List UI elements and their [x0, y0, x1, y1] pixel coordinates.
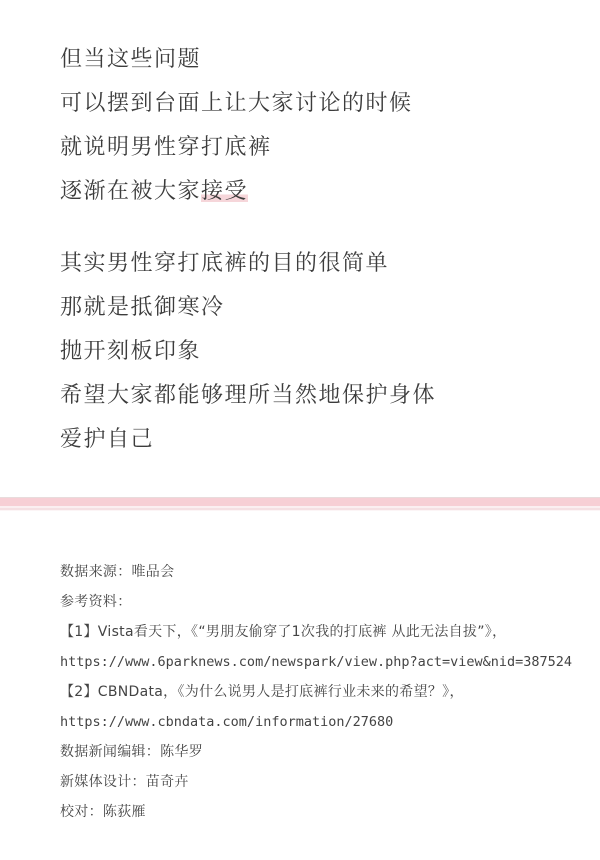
section-divider	[0, 497, 600, 511]
text-segment: 逐渐在被大家	[60, 179, 201, 204]
editor-credit: 数据新闻编辑：陈华罗	[60, 737, 600, 767]
text-line: 可以摆到台面上让大家讨论的时候	[60, 82, 580, 126]
text-line: 爱护自己	[60, 418, 580, 462]
text-line: 希望大家都能够理所当然地保护身体	[60, 374, 580, 418]
text-line: 就说明男性穿打底裤	[60, 126, 580, 170]
proofreader-credit: 校对：陈荻雁	[60, 797, 600, 827]
highlighted-text: 接受	[201, 179, 248, 204]
paragraph-2: 其实男性穿打底裤的目的很简单 那就是抵御寒冷 抛开刻板印象 希望大家都能够理所当…	[60, 242, 580, 462]
divider-band	[0, 498, 600, 506]
credits-section: 数据来源：唯品会 参考资料： 【1】Vista看天下，《“男朋友偷穿了1次我的打…	[60, 557, 600, 827]
text-line: 抛开刻板印象	[60, 330, 580, 374]
reference-link-1[interactable]: https://www.6parknews.com/newspark/view.…	[60, 647, 600, 677]
text-line: 但当这些问题	[60, 38, 580, 82]
divider-fade	[0, 510, 600, 511]
references-label: 参考资料：	[60, 587, 600, 617]
paragraph-1: 但当这些问题 可以摆到台面上让大家讨论的时候 就说明男性穿打底裤 逐渐在被大家接…	[60, 38, 580, 214]
text-line: 其实男性穿打底裤的目的很简单	[60, 242, 580, 286]
article-body: 但当这些问题 可以摆到台面上让大家讨论的时候 就说明男性穿打底裤 逐渐在被大家接…	[60, 38, 580, 462]
reference-title-2: 【2】CBNData，《为什么说男人是打底裤行业未来的希望？》，	[60, 677, 600, 707]
text-line: 那就是抵御寒冷	[60, 286, 580, 330]
reference-link-2[interactable]: https://www.cbndata.com/information/2768…	[60, 707, 600, 737]
reference-title-1: 【1】Vista看天下，《“男朋友偷穿了1次我的打底裤 从此无法自拔”》，	[60, 617, 600, 647]
text-line: 逐渐在被大家接受	[60, 170, 580, 214]
designer-credit: 新媒体设计：苗奇卉	[60, 767, 600, 797]
data-source: 数据来源：唯品会	[60, 557, 600, 587]
